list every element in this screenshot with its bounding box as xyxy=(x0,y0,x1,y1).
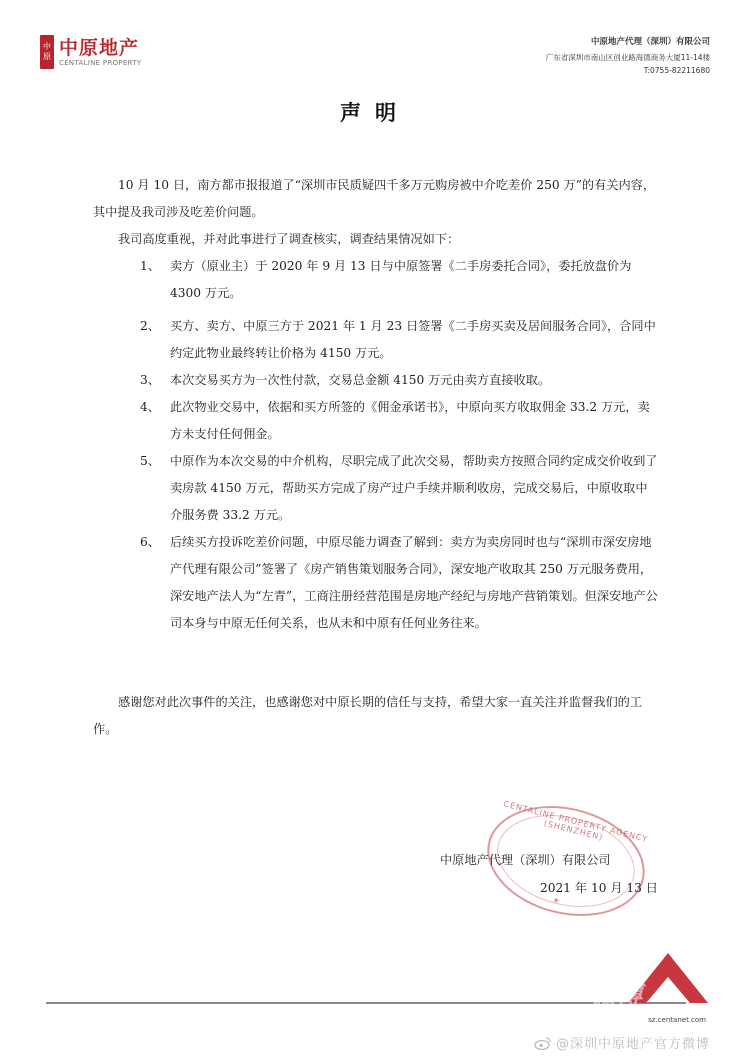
list-item-number: 2、 xyxy=(118,313,170,367)
signature-block: 中原地产代理（深圳）有限公司 2021 年 10 月 13 日 xyxy=(440,846,658,902)
logo-cn-name: 中原地产 xyxy=(59,37,141,59)
closing-paragraph: 感谢您对此次事件的关注，也感谢您对中原长期的信任与支持，希望大家一直关注并监督我… xyxy=(93,689,658,743)
list-item-text: 本次交易买方为一次性付款，交易总金额 4150 万元由卖方直接收取。 xyxy=(170,367,658,394)
letterhead-address: 广东省深圳市南山区创业路海德商务大厦11-14楼 xyxy=(546,52,710,63)
footer-url: sz.centanet.com xyxy=(648,1016,706,1024)
list-item-number: 4、 xyxy=(118,394,170,448)
weibo-handle: @深圳中原地产官方微博 xyxy=(556,1033,710,1052)
logo-en-name: CENTALINE PROPERTY xyxy=(59,59,141,67)
list-item: 1、 卖方（原业主）于 2020 年 9 月 13 日与中原签署《二手房委托合同… xyxy=(118,253,658,307)
list-item: 5、 中原作为本次交易的中介机构，尽职完成了此次交易，帮助卖方按照合同约定成交价… xyxy=(118,448,658,529)
list-item-number: 3、 xyxy=(118,367,170,394)
letterhead-info: 中原地产代理（深圳）有限公司 广东省深圳市南山区创业路海德商务大厦11-14楼 … xyxy=(546,35,710,75)
letterhead-company: 中原地产代理（深圳）有限公司 xyxy=(546,35,710,47)
intro-paragraph: 10 月 10 日，南方都市报报道了“深圳市民质疑四千多万元购房被中介吃差价 2… xyxy=(93,172,658,226)
list-item: 3、 本次交易买方为一次性付款，交易总金额 4150 万元由卖方直接收取。 xyxy=(118,367,658,394)
signature-company: 中原地产代理（深圳）有限公司 xyxy=(440,846,658,874)
list-item: 6、 后续买方投诉吃差价问题，中原尽能力调查了解到：卖方为卖房同时也与“深圳市深… xyxy=(118,529,658,637)
document-title: 声明 xyxy=(0,97,750,127)
logo-badge: 中 原 xyxy=(40,35,54,69)
list-item-text: 卖方（原业主）于 2020 年 9 月 13 日与中原签署《二手房委托合同》，委… xyxy=(170,253,658,307)
list-item: 2、 买方、卖方、中原三方于 2021 年 1 月 23 日签署《二手房买卖及居… xyxy=(118,313,658,367)
list-item-number: 6、 xyxy=(118,529,170,637)
list-item-text: 后续买方投诉吃差价问题，中原尽能力调查了解到：卖方为卖房同时也与“深圳市深安房地… xyxy=(170,529,658,637)
letterhead-tel: T:0755-82211680 xyxy=(546,66,710,75)
list-item-text: 买方、卖方、中原三方于 2021 年 1 月 23 日签署《二手房买卖及居间服务… xyxy=(170,313,658,367)
weibo-icon xyxy=(534,1036,552,1050)
company-logo: 中 原 中原地产 CENTALINE PROPERTY xyxy=(40,35,141,69)
list-item: 4、 此次物业交易中，依据和买方所签的《佣金承诺书》，中原向买方收取佣金 33.… xyxy=(118,394,658,448)
lead-paragraph: 我司高度重视，并对此事进行了调查核实，调查结果情况如下： xyxy=(118,226,658,253)
signature-date: 2021 年 10 月 13 日 xyxy=(440,874,658,902)
weibo-overlay-watermark: 微博 xyxy=(590,975,642,1012)
logo-badge-top: 中 xyxy=(43,42,51,52)
list-item-text: 此次物业交易中，依据和买方所签的《佣金承诺书》，中原向买方收取佣金 33.2 万… xyxy=(170,394,658,448)
list-item-number: 1、 xyxy=(118,253,170,307)
list-item-text: 中原作为本次交易的中介机构，尽职完成了此次交易，帮助卖方按照合同约定成交价收到了… xyxy=(170,448,658,529)
document-body: 10 月 10 日，南方都市报报道了“深圳市民质疑四千多万元购房被中介吃差价 2… xyxy=(118,172,658,743)
logo-badge-bottom: 原 xyxy=(43,52,51,62)
list-item-number: 5、 xyxy=(118,448,170,529)
weibo-watermark: @深圳中原地产官方微博 xyxy=(534,1033,710,1052)
